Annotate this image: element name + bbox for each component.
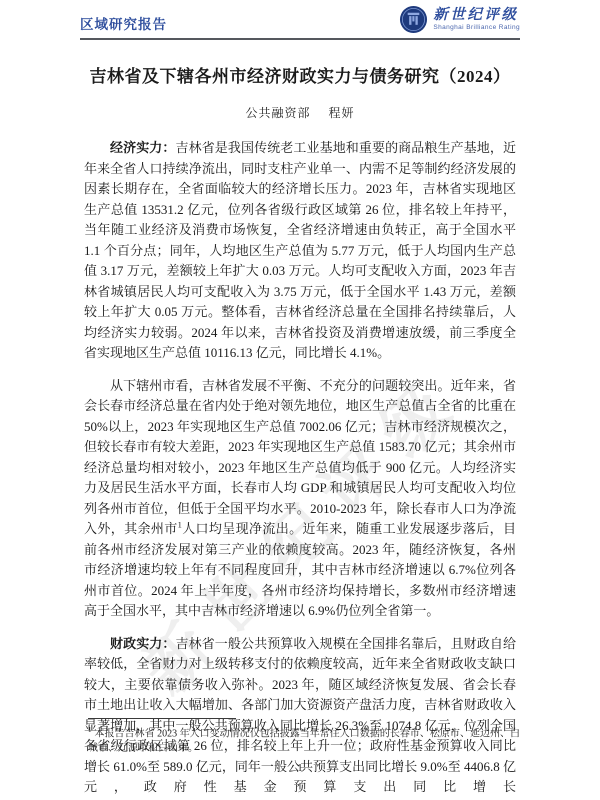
page-header: 区域研究报告 新世纪评级 Shanghai Brilliance Rating <box>80 0 520 40</box>
footnote-area: 1本报告吉林省 2023 年人口变动情况仅包括披露当年常住人口数据的长春市、松原… <box>88 718 520 756</box>
page-number: 1 <box>0 762 600 774</box>
footnote-marker: 1 <box>88 726 92 734</box>
paragraph-cities-overview: 从下辖州市看，吉林省发展不平衡、不充分的问题较突出。近年来，省会长春市经济总量在… <box>84 376 516 622</box>
report-type-label: 区域研究报告 <box>80 13 167 34</box>
logo-name-cn: 新世纪评级 <box>433 8 518 23</box>
byline-department: 公共融资部 <box>245 106 310 120</box>
body-content: 经济实力：吉林省是我国传统老工业基地和重要的商品粮生产基地，近年来全省人口持续净… <box>84 138 516 798</box>
logo-name-en: Shanghai Brilliance Rating <box>433 25 520 32</box>
byline: 公共融资部程妍 <box>0 104 600 121</box>
footnote-text: 1本报告吉林省 2023 年人口变动情况仅包括披露当年常住人口数据的长春市、松原… <box>88 723 520 756</box>
paragraph-text: 吉林省是我国传统老工业基地和重要的商品粮生产基地，近年来全省人口持续净流出，同时… <box>84 140 516 360</box>
byline-author: 程妍 <box>329 106 355 120</box>
brilliance-logo-icon <box>399 5 428 34</box>
paragraph-text: 从下辖州市看，吉林省发展不平衡、不充分的问题较突出。近年来，省会长春市经济总量在… <box>84 378 516 537</box>
paragraph-economic-strength: 经济实力：吉林省是我国传统老工业基地和重要的商品粮生产基地，近年来全省人口持续净… <box>84 138 516 364</box>
paragraph-lead: 经济实力： <box>110 140 176 155</box>
brand-logo: 新世纪评级 Shanghai Brilliance Rating <box>399 5 520 34</box>
logo-text: 新世纪评级 Shanghai Brilliance Rating <box>433 8 520 32</box>
footnote-separator <box>88 718 236 719</box>
report-page: 新世纪评级 区域研究报告 新世纪评级 Shanghai Brilliance R… <box>0 0 600 800</box>
page-title: 吉林省及下辖各州市经济财政实力与债务研究（2024） <box>60 62 540 87</box>
footnote-body: 本报告吉林省 2023 年人口变动情况仅包括披露当年常住人口数据的长春市、松原市… <box>88 728 520 754</box>
paragraph-lead: 财政实力： <box>110 636 176 651</box>
